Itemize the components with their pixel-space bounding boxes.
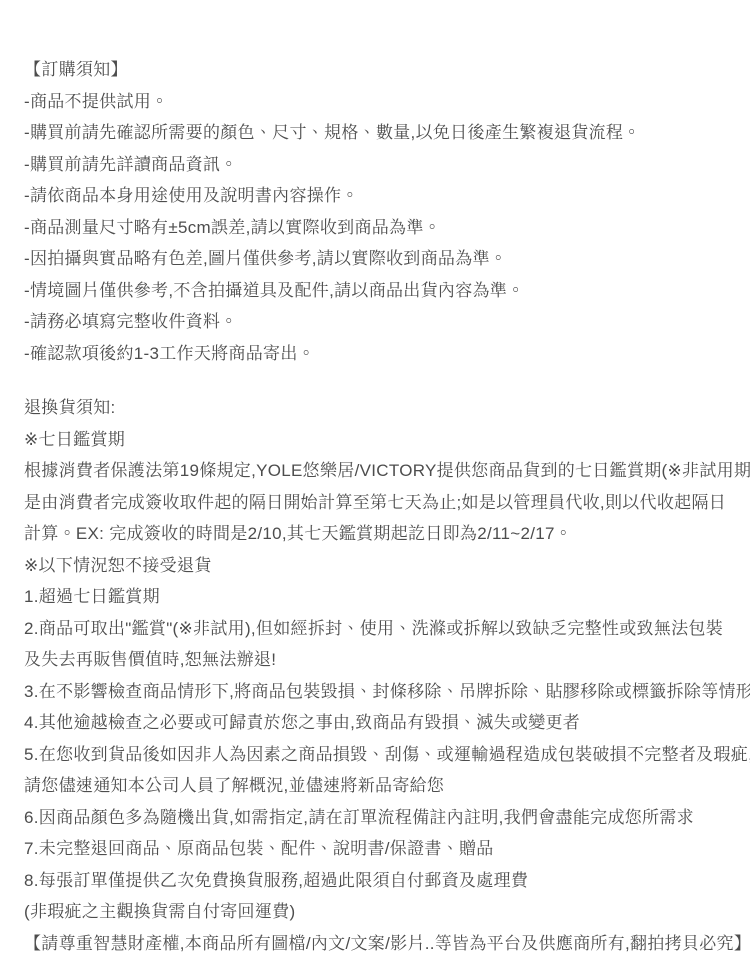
return-notice-section: 退換貨須知: ※七日鑑賞期根據消費者保護法第19條規定,YOLE悠樂居/VICT… — [24, 392, 726, 959]
notice-line: -購買前請先確認所需要的顏色、尺寸、規格、數量,以免日後產生繁複退貨流程。 — [24, 117, 726, 149]
return-notice-heading: 退換貨須知: — [24, 392, 726, 424]
notice-line: -請依商品本身用途使用及說明書內容操作。 — [24, 180, 726, 212]
notice-line: 3.在不影響檢查商品情形下,將商品包裝毀損、封條移除、吊牌拆除、貼膠移除或標籤拆… — [24, 676, 726, 708]
notice-line: 1.超過七日鑑賞期 — [24, 581, 726, 613]
notice-line: 7.未完整退回商品、原商品包裝、配件、說明書/保證書、贈品 — [24, 833, 726, 865]
notice-line: -商品測量尺寸略有±5cm誤差,請以實際收到商品為準。 — [24, 212, 726, 244]
notice-line: -因拍攝與實品略有色差,圖片僅供參考,請以實際收到商品為準。 — [24, 243, 726, 275]
notice-line: 是由消費者完成簽收取件起的隔日開始計算至第七天為止;如是以管理員代收,則以代收起… — [24, 487, 726, 519]
notice-line: 2.商品可取出"鑑賞"(※非試用),但如經拆封、使用、洗滌或拆解以致缺乏完整性或… — [24, 613, 726, 645]
notice-line: -商品不提供試用。 — [24, 86, 726, 118]
notice-line: -購買前請先詳讀商品資訊。 — [24, 149, 726, 181]
notice-line: 請您儘速通知本公司人員了解概況,並儘速將新品寄給您 — [24, 770, 726, 802]
notice-line: 及失去再販售價值時,恕無法辦退! — [24, 644, 726, 676]
order-notice-lines: -商品不提供試用。-購買前請先確認所需要的顏色、尺寸、規格、數量,以免日後產生繁… — [24, 86, 726, 370]
notice-line: -請務必填寫完整收件資料。 — [24, 306, 726, 338]
notice-line: 6.因商品顏色多為隨機出貨,如需指定,請在訂單流程備註內註明,我們會盡能完成您所… — [24, 802, 726, 834]
notice-line: -確認款項後約1-3工作天將商品寄出。 — [24, 338, 726, 370]
notice-line: ※以下情況恕不接受退貨 — [24, 550, 726, 582]
notice-line: -情境圖片僅供參考,不含拍攝道具及配件,請以商品出貨內容為準。 — [24, 275, 726, 307]
notice-line: 4.其他逾越檢查之必要或可歸責於您之事由,致商品有毀損、滅失或變更者 — [24, 707, 726, 739]
order-notice-heading: 【訂購須知】 — [24, 54, 726, 86]
return-notice-lines: ※七日鑑賞期根據消費者保護法第19條規定,YOLE悠樂居/VICTORY提供您商… — [24, 424, 726, 960]
notice-line: 8.每張訂單僅提供乙次免費換貨服務,超過此限須自付郵資及處理費 — [24, 865, 726, 897]
order-notice-section: 【訂購須知】 -商品不提供試用。-購買前請先確認所需要的顏色、尺寸、規格、數量,… — [24, 54, 726, 369]
notice-line: 5.在您收到貨品後如因非人為因素之商品損毀、刮傷、或運輸過程造成包裝破損不完整者… — [24, 739, 726, 771]
notice-line: 計算。EX: 完成簽收的時間是2/10,其七天鑑賞期起訖日即為2/11~2/17… — [24, 518, 726, 550]
notice-line: (非瑕疵之主觀換貨需自付寄回運費) — [24, 896, 726, 928]
notice-line: ※七日鑑賞期 — [24, 424, 726, 456]
notice-line: 根據消費者保護法第19條規定,YOLE悠樂居/VICTORY提供您商品貨到的七日… — [24, 455, 726, 487]
product-notice-page: 【訂購須知】 -商品不提供試用。-購買前請先確認所需要的顏色、尺寸、規格、數量,… — [0, 0, 750, 967]
notice-line: 【請尊重智慧財產權,本商品所有圖檔/內文/文案/影片..等皆為平台及供應商所有,… — [24, 928, 726, 960]
